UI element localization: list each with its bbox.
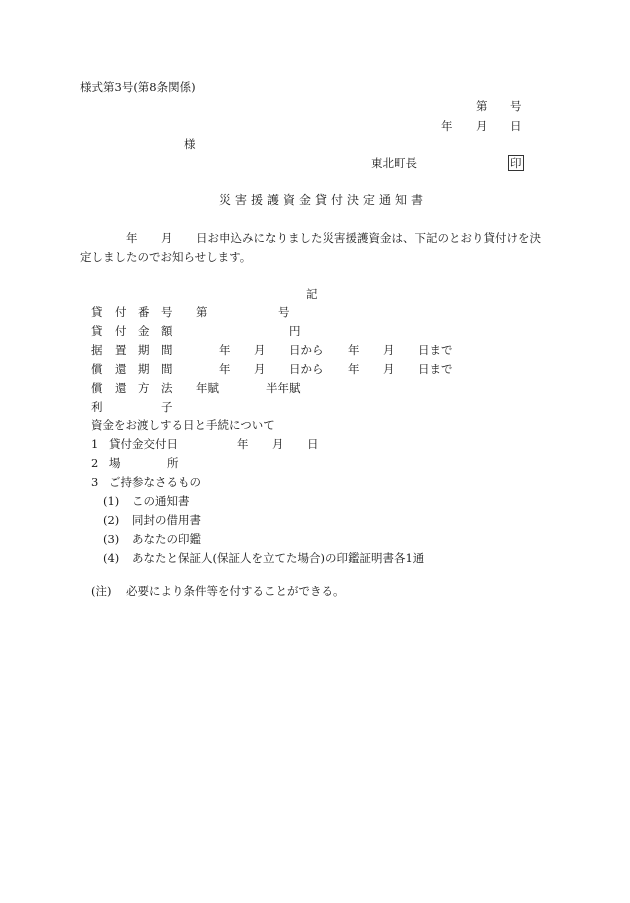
date-day: 日 bbox=[510, 119, 522, 133]
subitem-number: (2) bbox=[103, 513, 119, 527]
label-char: 還 bbox=[115, 381, 127, 395]
note-label: (注) bbox=[91, 584, 111, 598]
item-label: ご持参なさるもの bbox=[109, 475, 201, 489]
subitem-text: 同封の借用書 bbox=[132, 513, 201, 527]
amount-unit: 円 bbox=[289, 324, 301, 338]
year: 年 bbox=[237, 437, 249, 451]
day-from: 日から bbox=[289, 343, 324, 357]
subitem-text: あなたの印鑑 bbox=[132, 532, 201, 546]
subitem-text: この通知書 bbox=[132, 494, 190, 508]
item-number: 1 bbox=[91, 437, 98, 451]
subitem-number: (1) bbox=[103, 494, 119, 508]
ki-heading: 記 bbox=[306, 287, 318, 301]
option-semiannual: 半年賦 bbox=[266, 381, 301, 395]
year: 年 bbox=[219, 362, 231, 376]
label-char: 間 bbox=[161, 343, 173, 357]
label-char: 貸 bbox=[91, 324, 103, 338]
subitem-number: (3) bbox=[103, 532, 119, 546]
label-char: 金 bbox=[138, 324, 150, 338]
year: 年 bbox=[219, 343, 231, 357]
month: 月 bbox=[383, 362, 395, 376]
month: 月 bbox=[254, 343, 266, 357]
label-char: 子 bbox=[161, 400, 173, 414]
label-char: 還 bbox=[115, 362, 127, 376]
label-char: 付 bbox=[115, 305, 127, 319]
document-title: 災害援護資金貸付決定通知書 bbox=[219, 193, 427, 207]
item-number: 3 bbox=[91, 475, 98, 489]
number-prefix: 第 bbox=[476, 99, 488, 113]
label-char: 償 bbox=[91, 362, 103, 376]
seal-mark: 印 bbox=[508, 155, 524, 171]
label-char: 号 bbox=[161, 305, 173, 319]
label-char: 期 bbox=[138, 343, 150, 357]
note-text: 必要により条件等を付することができる。 bbox=[126, 584, 345, 598]
day-until: 日まで bbox=[418, 343, 453, 357]
loan-number-suffix: 号 bbox=[278, 305, 290, 319]
label-char: 番 bbox=[138, 305, 150, 319]
subitem-number: (4) bbox=[103, 551, 119, 565]
day-until: 日まで bbox=[418, 362, 453, 376]
form-label: 様式第3号(第8条関係) bbox=[80, 80, 196, 94]
label-char: 貸 bbox=[91, 305, 103, 319]
month: 月 bbox=[383, 343, 395, 357]
label-char: 利 bbox=[91, 400, 103, 414]
addressee-suffix: 様 bbox=[184, 137, 196, 151]
label-char: 期 bbox=[138, 362, 150, 376]
item-number: 2 bbox=[91, 456, 98, 470]
number-suffix: 号 bbox=[510, 99, 522, 113]
label-char: 額 bbox=[161, 324, 173, 338]
body-month: 月 bbox=[161, 231, 173, 245]
body-line2: 定しましたのでお知らせします。 bbox=[80, 250, 251, 264]
label-char: 場 bbox=[109, 456, 121, 470]
label-char: 法 bbox=[161, 381, 173, 395]
month: 月 bbox=[254, 362, 266, 376]
date-month: 月 bbox=[476, 119, 488, 133]
label-char: 所 bbox=[167, 456, 179, 470]
option-annual: 年賦 bbox=[196, 381, 219, 395]
label-char: 据 bbox=[91, 343, 103, 357]
procedure-heading: 資金をお渡しする日と手続について bbox=[91, 418, 275, 432]
date-year: 年 bbox=[441, 119, 453, 133]
month: 月 bbox=[272, 437, 284, 451]
body-line1: 日お申込みになりました災害援護資金は、下記のとおり貸付けを決 bbox=[196, 231, 541, 245]
label-char: 償 bbox=[91, 381, 103, 395]
item-label: 貸付金交付日 bbox=[109, 437, 178, 451]
issuer-name: 東北町長 bbox=[371, 156, 417, 170]
label-char: 付 bbox=[115, 324, 127, 338]
label-char: 方 bbox=[138, 381, 150, 395]
label-char: 置 bbox=[115, 343, 127, 357]
loan-number-prefix: 第 bbox=[196, 305, 208, 319]
year: 年 bbox=[348, 362, 360, 376]
label-char: 間 bbox=[161, 362, 173, 376]
year: 年 bbox=[348, 343, 360, 357]
day-from: 日から bbox=[289, 362, 324, 376]
body-year: 年 bbox=[126, 231, 138, 245]
subitem-text: あなたと保証人(保証人を立てた場合)の印鑑証明書各1通 bbox=[132, 551, 424, 565]
day: 日 bbox=[307, 437, 319, 451]
